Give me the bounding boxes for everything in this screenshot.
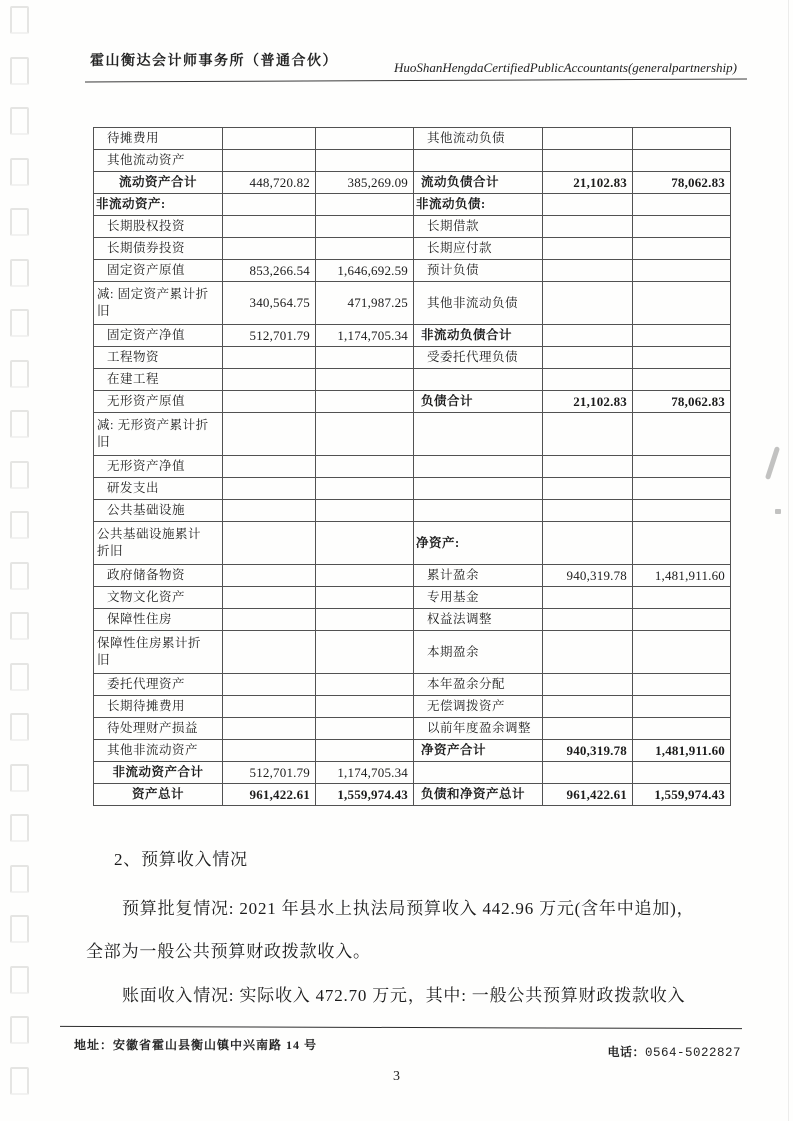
left-v2-cell xyxy=(316,500,414,522)
binding-hole-mark xyxy=(10,410,29,438)
left-v1-cell xyxy=(223,216,316,238)
right-v2-cell xyxy=(633,282,731,325)
right-label-cell: 长期借款 xyxy=(414,216,543,238)
binding-hole-mark xyxy=(10,360,29,388)
right-v2-cell: 78,062.83 xyxy=(633,391,731,413)
binding-hole-mark xyxy=(10,107,29,135)
footer-phone: 电话：0564-5022827 xyxy=(607,1043,741,1060)
left-v2-cell: 1,174,705.34 xyxy=(316,762,414,784)
right-label-cell: 负债和净资产总计 xyxy=(414,784,543,806)
table-row: 流动资产合计448,720.82385,269.09流动负债合计21,102.8… xyxy=(94,172,731,194)
binding-hole-mark xyxy=(10,57,29,85)
table-row: 其他流动资产 xyxy=(94,150,731,172)
left-v1-cell: 853,266.54 xyxy=(223,260,316,282)
right-label-cell: 负债合计 xyxy=(414,391,543,413)
binding-hole-mark xyxy=(10,208,29,236)
table-row: 委托代理资产本年盈余分配 xyxy=(94,674,731,696)
right-label-cell: 本期盈余 xyxy=(414,631,543,674)
left-label-cell: 资产总计 xyxy=(94,784,223,806)
binding-hole-mark xyxy=(10,461,29,489)
right-v1-cell xyxy=(543,456,633,478)
left-label-cell: 保障性住房 xyxy=(94,609,223,631)
left-label-cell: 研发支出 xyxy=(94,478,223,500)
right-v2-cell: 1,481,911.60 xyxy=(633,565,731,587)
right-v2-cell xyxy=(633,762,731,784)
table-row: 无形资产净值 xyxy=(94,456,731,478)
right-v1-cell: 940,319.78 xyxy=(543,565,633,587)
left-label-cell: 公共基础设施累计 折旧 xyxy=(94,522,223,565)
table-row: 待摊费用其他流动负债 xyxy=(94,128,731,150)
left-v2-cell xyxy=(316,587,414,609)
right-v1-cell: 21,102.83 xyxy=(543,172,633,194)
binding-hole-mark xyxy=(10,713,29,741)
right-v1-cell xyxy=(543,522,633,565)
left-v2-cell xyxy=(316,565,414,587)
right-label-cell: 非流动负债合计 xyxy=(414,325,543,347)
header-divider xyxy=(85,79,747,83)
left-v1-cell xyxy=(223,456,316,478)
right-v2-cell xyxy=(633,194,731,216)
right-v2-cell xyxy=(633,238,731,260)
binding-hole-mark xyxy=(10,562,29,590)
left-v1-cell: 961,422.61 xyxy=(223,784,316,806)
right-v2-cell xyxy=(633,522,731,565)
right-v1-cell: 961,422.61 xyxy=(543,784,633,806)
right-v2-cell xyxy=(633,413,731,456)
left-label-cell: 固定资产净值 xyxy=(94,325,223,347)
right-label-cell: 其他非流动负债 xyxy=(414,282,543,325)
document-page: 霍山衡达会计师事务所（普通合伙） HuoShanHengdaCertifiedP… xyxy=(0,0,793,1121)
binding-hole-mark xyxy=(10,259,29,287)
table-row: 减: 无形资产累计折 旧 xyxy=(94,413,731,456)
binding-hole-mark xyxy=(10,309,29,337)
right-v2-cell: 78,062.83 xyxy=(633,172,731,194)
left-v1-cell xyxy=(223,587,316,609)
right-v2-cell xyxy=(633,456,731,478)
left-v2-cell xyxy=(316,478,414,500)
left-v2-cell xyxy=(316,740,414,762)
right-v1-cell xyxy=(543,762,633,784)
table-row: 长期债券投资长期应付款 xyxy=(94,238,731,260)
paragraph-budget-approval-line1: 预算批复情况: 2021 年县水上执法局预算收入 442.96 万元(含年中追加… xyxy=(122,894,694,919)
right-v1-cell: 940,319.78 xyxy=(543,740,633,762)
footer-phone-label: 电话： xyxy=(607,1045,645,1059)
left-v2-cell xyxy=(316,522,414,565)
right-v1-cell xyxy=(543,260,633,282)
left-v1-cell xyxy=(223,413,316,456)
left-label-cell: 待处理财产损益 xyxy=(94,718,223,740)
right-label-cell: 净资产: xyxy=(414,522,543,565)
left-label-cell: 保障性住房累计折 旧 xyxy=(94,631,223,674)
left-label-cell: 长期待摊费用 xyxy=(94,696,223,718)
left-v2-cell xyxy=(316,238,414,260)
table-row: 研发支出 xyxy=(94,478,731,500)
table-row: 保障性住房权益法调整 xyxy=(94,609,731,631)
left-label-cell: 在建工程 xyxy=(94,369,223,391)
right-v1-cell xyxy=(543,325,633,347)
footer-address: 地址：安徽省霍山县衡山镇中兴南路 14 号 xyxy=(74,1036,317,1053)
left-v1-cell: 512,701.79 xyxy=(223,325,316,347)
left-v1-cell xyxy=(223,194,316,216)
right-v1-cell xyxy=(543,413,633,456)
right-v1-cell xyxy=(543,238,633,260)
table-row: 其他非流动资产净资产合计940,319.781,481,911.60 xyxy=(94,740,731,762)
left-label-cell: 其他非流动资产 xyxy=(94,740,223,762)
right-label-cell: 长期应付款 xyxy=(414,238,543,260)
left-label-cell: 无形资产净值 xyxy=(94,456,223,478)
binding-hole-mark xyxy=(10,915,29,943)
right-v2-cell xyxy=(633,631,731,674)
table-row: 长期待摊费用无偿调拨资产 xyxy=(94,696,731,718)
right-v2-cell: 1,559,974.43 xyxy=(633,784,731,806)
right-v2-cell xyxy=(633,718,731,740)
binding-hole-mark xyxy=(10,865,29,893)
left-v2-cell xyxy=(316,216,414,238)
left-v2-cell xyxy=(316,194,414,216)
left-v2-cell: 1,559,974.43 xyxy=(316,784,414,806)
left-v2-cell xyxy=(316,347,414,369)
left-label-cell: 减: 无形资产累计折 旧 xyxy=(94,413,223,456)
left-v2-cell: 385,269.09 xyxy=(316,172,414,194)
footer-phone-number: 0564-5022827 xyxy=(645,1046,741,1060)
page-number: 3 xyxy=(0,1069,793,1085)
table-row: 保障性住房累计折 旧本期盈余 xyxy=(94,631,731,674)
left-label-cell: 文物文化资产 xyxy=(94,587,223,609)
left-v2-cell xyxy=(316,696,414,718)
left-v2-cell xyxy=(316,128,414,150)
table-row: 公共基础设施累计 折旧净资产: xyxy=(94,522,731,565)
left-label-cell: 减: 固定资产累计折 旧 xyxy=(94,282,223,325)
balance-sheet-table: 待摊费用其他流动负债其他流动资产流动资产合计448,720.82385,269.… xyxy=(93,127,731,806)
left-v1-cell xyxy=(223,150,316,172)
footer-divider xyxy=(60,1026,742,1029)
right-v2-cell xyxy=(633,696,731,718)
left-label-cell: 公共基础设施 xyxy=(94,500,223,522)
left-v1-cell xyxy=(223,522,316,565)
left-v1-cell xyxy=(223,478,316,500)
right-label-cell xyxy=(414,456,543,478)
left-label-cell: 长期债券投资 xyxy=(94,238,223,260)
table-row: 固定资产净值512,701.791,174,705.34非流动负债合计 xyxy=(94,325,731,347)
right-v2-cell xyxy=(633,260,731,282)
left-v1-cell xyxy=(223,128,316,150)
scan-smudge xyxy=(765,446,780,480)
right-label-cell: 权益法调整 xyxy=(414,609,543,631)
left-label-cell: 非流动资产合计 xyxy=(94,762,223,784)
binding-hole-mark xyxy=(10,6,29,34)
left-v1-cell xyxy=(223,238,316,260)
left-label-cell: 工程物资 xyxy=(94,347,223,369)
right-v1-cell xyxy=(543,478,633,500)
binding-hole-mark xyxy=(10,612,29,640)
left-v1-cell: 512,701.79 xyxy=(223,762,316,784)
scan-edge-line xyxy=(788,0,789,1121)
table-row: 在建工程 xyxy=(94,369,731,391)
right-label-cell: 其他流动负债 xyxy=(414,128,543,150)
left-v2-cell xyxy=(316,413,414,456)
left-v1-cell xyxy=(223,674,316,696)
binding-hole-mark xyxy=(10,158,29,186)
left-v2-cell xyxy=(316,456,414,478)
right-v2-cell xyxy=(633,369,731,391)
right-v2-cell xyxy=(633,500,731,522)
left-v2-cell xyxy=(316,609,414,631)
left-label-cell: 其他流动资产 xyxy=(94,150,223,172)
right-v1-cell xyxy=(543,369,633,391)
binding-hole-mark xyxy=(10,511,29,539)
right-v2-cell xyxy=(633,150,731,172)
left-v2-cell: 1,174,705.34 xyxy=(316,325,414,347)
right-label-cell: 净资产合计 xyxy=(414,740,543,762)
left-v1-cell xyxy=(223,391,316,413)
left-v1-cell xyxy=(223,609,316,631)
left-label-cell: 固定资产原值 xyxy=(94,260,223,282)
right-v1-cell xyxy=(543,216,633,238)
table-row: 待处理财产损益以前年度盈余调整 xyxy=(94,718,731,740)
left-v1-cell xyxy=(223,718,316,740)
right-v2-cell xyxy=(633,674,731,696)
right-label-cell: 无偿调拨资产 xyxy=(414,696,543,718)
table-row: 工程物资受委托代理负债 xyxy=(94,347,731,369)
right-v2-cell xyxy=(633,478,731,500)
right-v1-cell xyxy=(543,282,633,325)
left-label-cell: 无形资产原值 xyxy=(94,391,223,413)
scan-smudge xyxy=(775,509,781,514)
right-label-cell xyxy=(414,369,543,391)
binding-hole-mark xyxy=(10,814,29,842)
right-label-cell: 流动负债合计 xyxy=(414,172,543,194)
right-label-cell: 累计盈余 xyxy=(414,565,543,587)
table-row: 长期股权投资长期借款 xyxy=(94,216,731,238)
firm-name-en: HuoShanHengdaCertifiedPublicAccountants(… xyxy=(394,60,737,76)
right-v1-cell xyxy=(543,128,633,150)
left-v2-cell xyxy=(316,631,414,674)
left-label-cell: 长期股权投资 xyxy=(94,216,223,238)
right-label-cell: 以前年度盈余调整 xyxy=(414,718,543,740)
right-v1-cell xyxy=(543,194,633,216)
right-v1-cell xyxy=(543,587,633,609)
right-v1-cell xyxy=(543,347,633,369)
table-row: 非流动资产:非流动负债: xyxy=(94,194,731,216)
left-label-cell: 委托代理资产 xyxy=(94,674,223,696)
right-v1-cell xyxy=(543,500,633,522)
right-v1-cell xyxy=(543,674,633,696)
right-label-cell xyxy=(414,478,543,500)
right-label-cell: 受委托代理负债 xyxy=(414,347,543,369)
left-v1-cell xyxy=(223,347,316,369)
left-v2-cell xyxy=(316,369,414,391)
right-v1-cell: 21,102.83 xyxy=(543,391,633,413)
left-v1-cell xyxy=(223,369,316,391)
left-v1-cell xyxy=(223,740,316,762)
left-v1-cell: 448,720.82 xyxy=(223,172,316,194)
right-v2-cell xyxy=(633,587,731,609)
right-v2-cell: 1,481,911.60 xyxy=(633,740,731,762)
left-label-cell: 政府储备物资 xyxy=(94,565,223,587)
left-v1-cell xyxy=(223,696,316,718)
balance-sheet-body: 待摊费用其他流动负债其他流动资产流动资产合计448,720.82385,269.… xyxy=(94,128,731,806)
table-row: 固定资产原值853,266.541,646,692.59预计负债 xyxy=(94,260,731,282)
left-v2-cell xyxy=(316,674,414,696)
paragraph-book-income: 账面收入情况: 实际收入 472.70 万元，其中: 一般公共预算财政拨款收入 xyxy=(122,981,685,1006)
left-v2-cell xyxy=(316,718,414,740)
left-v2-cell xyxy=(316,150,414,172)
left-v1-cell: 340,564.75 xyxy=(223,282,316,325)
right-v2-cell xyxy=(633,325,731,347)
table-row: 文物文化资产专用基金 xyxy=(94,587,731,609)
binding-hole-mark xyxy=(10,966,29,994)
right-v1-cell xyxy=(543,718,633,740)
table-row: 政府储备物资累计盈余940,319.781,481,911.60 xyxy=(94,565,731,587)
left-label-cell: 流动资产合计 xyxy=(94,172,223,194)
left-label-cell: 待摊费用 xyxy=(94,128,223,150)
firm-name-cn: 霍山衡达会计师事务所（普通合伙） xyxy=(90,50,338,70)
right-label-cell xyxy=(414,150,543,172)
left-v1-cell xyxy=(223,500,316,522)
right-v2-cell xyxy=(633,128,731,150)
left-v2-cell: 1,646,692.59 xyxy=(316,260,414,282)
table-row: 非流动资产合计512,701.791,174,705.34 xyxy=(94,762,731,784)
binding-hole-mark xyxy=(10,1016,29,1044)
table-row: 无形资产原值负债合计21,102.8378,062.83 xyxy=(94,391,731,413)
right-v2-cell xyxy=(633,609,731,631)
left-v2-cell xyxy=(316,391,414,413)
binding-hole-mark xyxy=(10,764,29,792)
right-v1-cell xyxy=(543,609,633,631)
right-label-cell: 非流动负债: xyxy=(414,194,543,216)
paragraph-budget-approval-line2: 全部为一般公共预算财政拨款收入。 xyxy=(86,937,371,962)
right-v1-cell xyxy=(543,150,633,172)
right-label-cell: 预计负债 xyxy=(414,260,543,282)
right-v2-cell xyxy=(633,347,731,369)
left-v1-cell xyxy=(223,565,316,587)
right-label-cell xyxy=(414,500,543,522)
binding-hole-mark xyxy=(10,663,29,691)
right-label-cell xyxy=(414,762,543,784)
right-v1-cell xyxy=(543,631,633,674)
table-row: 资产总计961,422.611,559,974.43负债和净资产总计961,42… xyxy=(94,784,731,806)
left-v1-cell xyxy=(223,631,316,674)
table-row: 公共基础设施 xyxy=(94,500,731,522)
right-label-cell xyxy=(414,413,543,456)
right-v2-cell xyxy=(633,216,731,238)
right-label-cell: 专用基金 xyxy=(414,587,543,609)
table-row: 减: 固定资产累计折 旧340,564.75471,987.25其他非流动负债 xyxy=(94,282,731,325)
right-v1-cell xyxy=(543,696,633,718)
left-label-cell: 非流动资产: xyxy=(94,194,223,216)
section-title: 2、预算收入情况 xyxy=(114,845,248,870)
right-label-cell: 本年盈余分配 xyxy=(414,674,543,696)
left-v2-cell: 471,987.25 xyxy=(316,282,414,325)
